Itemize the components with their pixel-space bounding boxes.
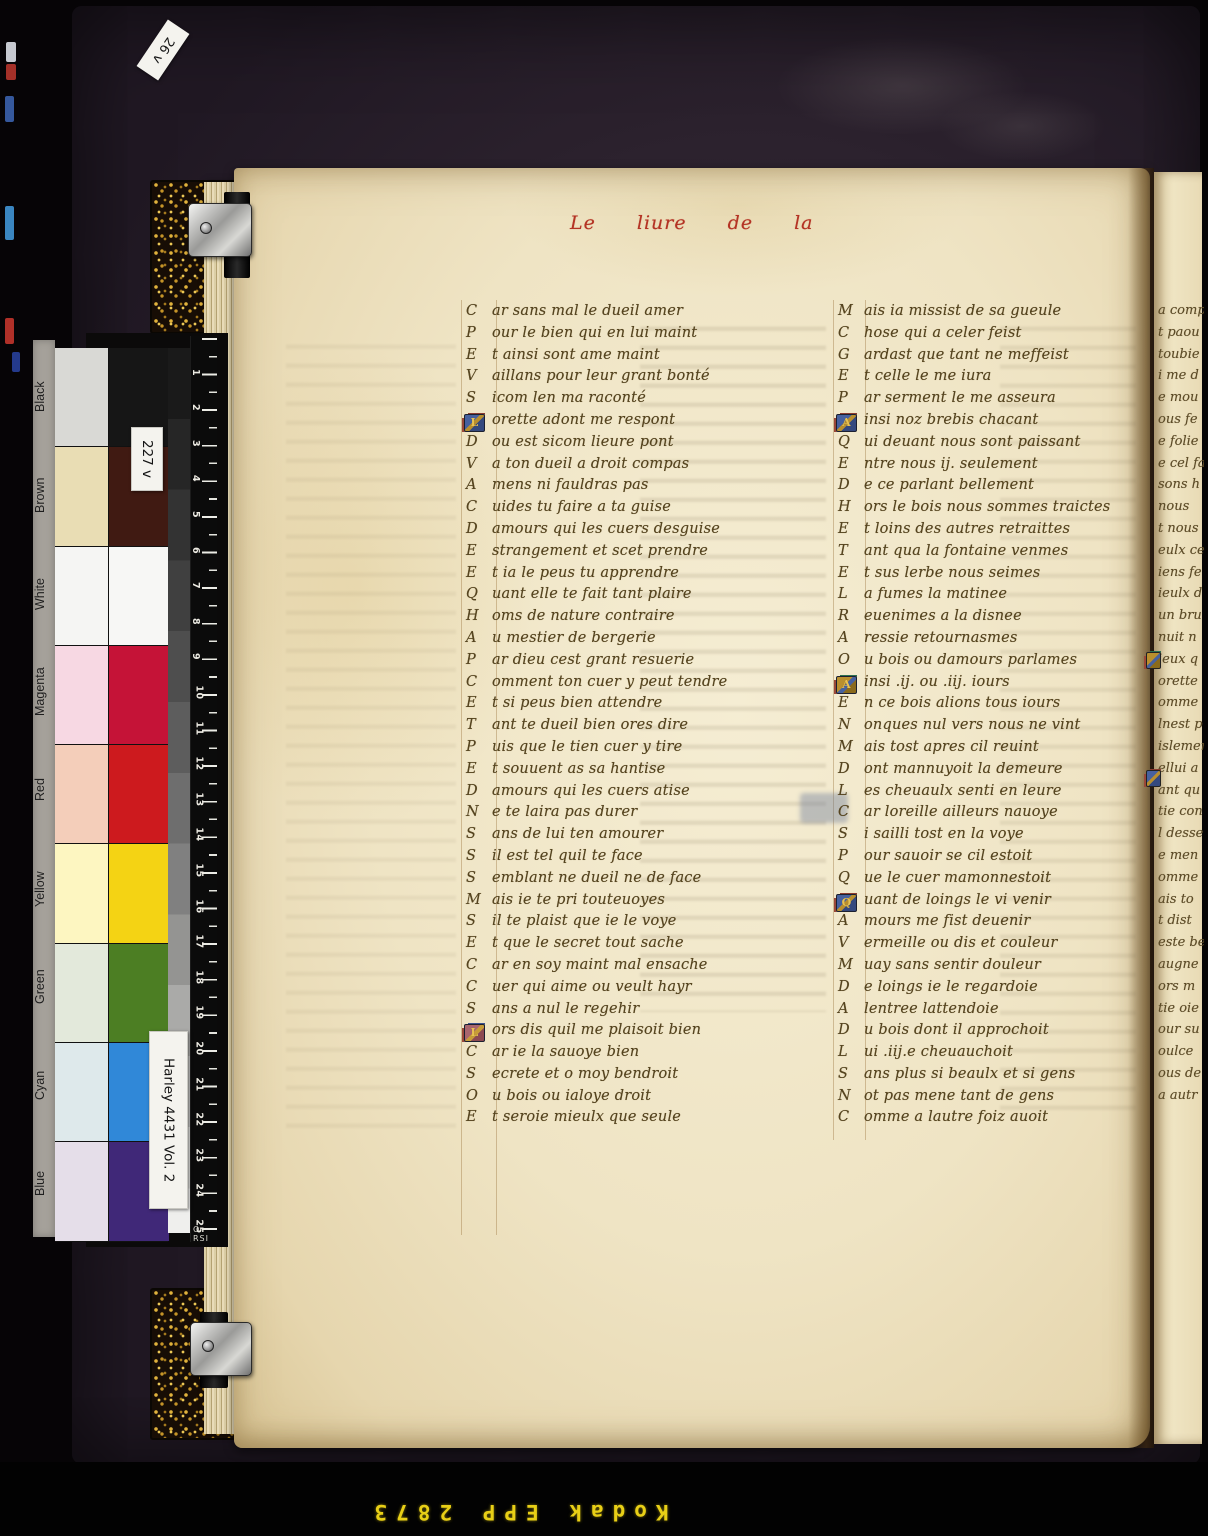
verse-initial: E — [466, 935, 492, 951]
verse-line: Amens ni fauldras pas — [466, 477, 727, 499]
color-patch-solid — [108, 844, 169, 942]
verse-text: omme a lautre foiz auoit — [864, 1109, 1048, 1125]
verse-initial: D — [466, 783, 492, 799]
calibration-label: Blue — [33, 1134, 55, 1232]
ruler-number: 23 — [194, 1148, 205, 1162]
verse-line: Par dieu cest grant resuerie — [466, 652, 727, 674]
verse-line: Car ie la sauoye bien — [466, 1044, 727, 1066]
verse-text: u bois ou ialoye droit — [492, 1088, 651, 1104]
verse-initial: D — [838, 979, 864, 995]
color-patch-solid — [108, 944, 169, 1042]
verse-line: Entre nous ij. seulement — [838, 456, 1110, 478]
ruler-number: 22 — [194, 1113, 205, 1127]
verse-line: Sil est tel quil te face — [466, 848, 727, 870]
verse-text: t celle le me iura — [864, 368, 992, 384]
verse-line: Ou bois ou ialoye droit — [466, 1088, 727, 1110]
ruler-number: 7 — [190, 582, 201, 589]
verse-text: ar serment le me asseura — [864, 390, 1056, 406]
verse-initial: S — [466, 390, 492, 406]
verse-initial: P — [838, 390, 864, 406]
verse-initial: E — [838, 368, 864, 384]
verse-initial: S — [466, 1001, 492, 1017]
shelfmark-sticker: Harley 4431 Vol. 2 — [149, 1031, 188, 1209]
verse-initial: C — [466, 303, 492, 319]
verse-initial: C — [466, 499, 492, 515]
verse-text: uer qui aime ou veult hayr — [492, 979, 692, 995]
verse-initial: Q — [838, 434, 864, 450]
page-fragment-line: islemen — [1158, 739, 1204, 761]
page-fragment-line: e men — [1158, 848, 1204, 870]
verse-text: ou est sicom lieure pont — [492, 434, 674, 450]
verse-line: Mais tost apres cil reuint — [838, 739, 1110, 761]
ruler-number: 18 — [194, 970, 205, 984]
verse-text: ors dis quil me plaisoit bien — [492, 1022, 701, 1038]
verse-text: aillans pour leur grant bonté — [492, 368, 710, 384]
page-fragment-line: ous de — [1158, 1066, 1204, 1088]
verse-initial: C — [466, 1044, 492, 1060]
verse-text: e loings ie le regardoie — [864, 979, 1038, 995]
verse-text: t sus lerbe nous seimes — [864, 565, 1040, 581]
page-fragment-line: t nous — [1158, 521, 1204, 543]
verse-text: t souuent as sa hantise — [492, 761, 665, 777]
verse-initial: S — [838, 826, 864, 842]
verse-text: i sailli tost en la voye — [864, 826, 1024, 842]
page-fragment-line: e mou — [1158, 390, 1204, 412]
verse-text: u bois ou damours parlames — [864, 652, 1077, 668]
verse-initial: N — [838, 1088, 864, 1104]
color-bar-labels: BlackBrownWhiteMagentaRedYellowGreenCyan… — [33, 340, 55, 1237]
verse-text: ors le bois nous sommes traictes — [864, 499, 1110, 515]
verse-initial: P — [466, 739, 492, 755]
rubric-heading: Le liure de la — [570, 212, 814, 234]
verse-initial: N — [466, 804, 492, 820]
verse-line: Lorette adont me respont — [466, 412, 727, 434]
verse-line: Pour sauoir se cil estoit — [838, 848, 1110, 870]
verse-initial: S — [466, 1066, 492, 1082]
verse-line: Mais ie te pri touteuoyes — [466, 892, 727, 914]
verse-initial: T — [838, 543, 864, 559]
verse-text: oms de nature contraire — [492, 608, 675, 624]
verse-line: Sans de lui ten amourer — [466, 826, 727, 848]
ruler-number: 11 — [194, 721, 205, 735]
verse-line: Sicom len ma raconté — [466, 390, 727, 412]
verse-text: u mestier de bergerie — [492, 630, 656, 646]
calibration-label: Magenta — [33, 643, 55, 741]
verse-text: our sauoir se cil estoit — [864, 848, 1032, 864]
verse-initial: E — [838, 456, 864, 472]
verse-initial: E — [838, 565, 864, 581]
verse-text: ot pas mene tant de gens — [864, 1088, 1054, 1104]
verse-text: icom len ma raconté — [492, 390, 646, 406]
verse-text: t seroie mieulx que seule — [492, 1109, 681, 1125]
verse-line: Qui deuant nous sont paissant — [838, 434, 1110, 456]
verse-text: insi noz brebis chacant — [864, 412, 1038, 428]
verse-text: amours qui les cuers atise — [492, 783, 690, 799]
verse-line: Lors dis quil me plaisoit bien — [466, 1022, 727, 1044]
verse-initial: G — [838, 347, 864, 363]
verse-text: insi .ij. ou .iij. iours — [864, 674, 1010, 690]
edge-tape-mark — [5, 318, 14, 344]
verse-line: Et si peus bien attendre — [466, 695, 727, 717]
page-fragment-line: iens fe — [1158, 565, 1204, 587]
verse-line: Ainsi .ij. ou .iij. iours — [838, 674, 1110, 696]
verse-line: Par serment le me asseura — [838, 390, 1110, 412]
verse-initial: C — [466, 674, 492, 690]
verse-initial: E — [838, 521, 864, 537]
ruler-number: 9 — [190, 653, 201, 660]
edge-tape-mark — [6, 64, 16, 80]
illuminated-initial: A — [836, 414, 857, 432]
verse-initial: E — [466, 543, 492, 559]
page-fragment-line: un bru — [1158, 608, 1204, 630]
page-fragment-line: nuit n — [1158, 630, 1204, 652]
calibration-label: Brown — [33, 446, 55, 544]
verse-line: Et celle le me iura — [838, 368, 1110, 390]
illuminated-initial: L — [464, 414, 485, 432]
verse-text: a fumes la matinee — [864, 586, 1007, 602]
verse-line: Sil te plaist que ie le voye — [466, 913, 727, 935]
verse-text: ecrete et o moy bendroit — [492, 1066, 678, 1082]
verse-initial: R — [838, 608, 864, 624]
verse-text: u bois dont il approchoit — [864, 1022, 1049, 1038]
illuminated-initial: A — [836, 676, 857, 694]
folio-sticker-text: 227 v — [139, 440, 155, 478]
verse-initial: Q — [838, 870, 864, 886]
verse-line: Si sailli tost en la voye — [838, 826, 1110, 848]
color-patch-tint — [55, 944, 108, 1042]
ruler-number: 19 — [194, 1006, 205, 1020]
color-row-magenta — [55, 646, 168, 745]
verse-line: Sans plus si beaulx et si gens — [838, 1066, 1110, 1088]
verse-line: Et loins des autres retraittes — [838, 521, 1110, 543]
verse-initial: V — [838, 935, 864, 951]
verse-line: Not pas mene tant de gens — [838, 1088, 1110, 1110]
verse-line: Homs de nature contraire — [466, 608, 727, 630]
verse-text: ar ie la sauoye bien — [492, 1044, 639, 1060]
verse-text: ar en soy maint mal ensache — [492, 957, 708, 973]
verse-line: Car sans mal le dueil amer — [466, 303, 727, 325]
ruler-number: 3 — [190, 440, 201, 447]
shelfmark-sticker-text: Harley 4431 Vol. 2 — [161, 1058, 177, 1182]
page-fragment-line: omme — [1158, 870, 1204, 892]
verse-text: uay sans sentir douleur — [864, 957, 1041, 973]
verse-line: Amours me fist deuenir — [838, 913, 1110, 935]
edge-tape-mark — [5, 206, 14, 240]
page-fragment-line: ellui a — [1158, 761, 1204, 783]
verse-initial: E — [838, 695, 864, 711]
color-patch-solid — [108, 745, 169, 843]
verse-initial: M — [466, 892, 492, 908]
verse-initial: P — [466, 325, 492, 341]
verse-initial: A — [466, 477, 492, 493]
ruler-number: 2 — [190, 404, 201, 411]
page-fragment-line: omme — [1158, 695, 1204, 717]
page-fragment-line: e cel fai — [1158, 456, 1204, 478]
verse-line: Gardast que tant ne meffeist — [838, 347, 1110, 369]
verse-line: Car en soy maint mal ensache — [466, 957, 727, 979]
page-fragment-line: sons h — [1158, 477, 1204, 499]
verse-initial: D — [466, 521, 492, 537]
verse-text: es cheuaulx senti en leure — [864, 783, 1062, 799]
film-bottom-edge: Kodak EPP 2873 — [0, 1462, 1208, 1536]
page-clip-top — [188, 203, 252, 257]
verse-initial: V — [466, 456, 492, 472]
verse-line: Semblant ne dueil ne de face — [466, 870, 727, 892]
color-patch-tint — [55, 844, 108, 942]
verse-line: Du bois dont il approchoit — [838, 1022, 1110, 1044]
verse-line: Ne te laira pas durer — [466, 804, 727, 826]
page-fragment-line: nous — [1158, 499, 1204, 521]
verse-text: e te laira pas durer — [492, 804, 637, 820]
photograph-frame: Le liure de la Car sans mal le dueil ame… — [0, 0, 1208, 1536]
verse-text: ui .iij.e cheuauchoit — [864, 1044, 1013, 1060]
verse-line: Secrete et o moy bendroit — [466, 1066, 727, 1088]
verse-text: ais ia missist de sa gueule — [864, 303, 1061, 319]
verse-text: ardast que tant ne meffeist — [864, 347, 1069, 363]
color-row-green — [55, 944, 168, 1043]
verse-line: Damours qui les cuers atise — [466, 783, 727, 805]
folio-sticker: 227 v — [131, 427, 163, 491]
verse-line: Quant elle te fait tant plaire — [466, 586, 727, 608]
verse-initial: D — [838, 1022, 864, 1038]
verse-initial: M — [838, 739, 864, 755]
verse-text: e ce parlant bellement — [864, 477, 1034, 493]
verse-line: Quant de loings le vi venir — [838, 892, 1110, 914]
verse-line: Hors le bois nous sommes traictes — [838, 499, 1110, 521]
verse-initial: H — [466, 608, 492, 624]
page-fragment-line: oulce — [1158, 1044, 1204, 1066]
page-fragment-line: t dist — [1158, 913, 1204, 935]
verse-text: ans a nul le regehir — [492, 1001, 639, 1017]
verse-initial: P — [838, 848, 864, 864]
color-patch-tint — [55, 447, 108, 545]
verse-line: Cuides tu faire a ta guise — [466, 499, 727, 521]
verse-initial: S — [838, 1066, 864, 1082]
color-row-yellow — [55, 844, 168, 943]
illuminated-initial — [1146, 770, 1161, 787]
color-patch-tint — [55, 646, 108, 744]
verse-initial: D — [838, 477, 864, 493]
page-fragment-line: toubie — [1158, 347, 1204, 369]
verse-initial: L — [838, 783, 864, 799]
illuminated-initial — [1146, 652, 1161, 669]
ruler-number: 25 — [194, 1219, 205, 1233]
verse-text: ntre nous ij. seulement — [864, 456, 1038, 472]
color-patch-tint — [55, 1043, 108, 1141]
verse-line: Dont mannuyoit la demeure — [838, 761, 1110, 783]
page-fragment-line: t paou — [1158, 325, 1204, 347]
verse-text: onques nul vers nous ne vint — [864, 717, 1081, 733]
verse-text: n ce bois alions tous iours — [864, 695, 1060, 711]
verse-line: Mais ia missist de sa gueule — [838, 303, 1110, 325]
ruler-number: 12 — [194, 757, 205, 771]
verse-line: Sans a nul le regehir — [466, 1001, 727, 1023]
verse-initial: C — [466, 957, 492, 973]
page-fragment-line: our su — [1158, 1022, 1204, 1044]
ruler-number: 6 — [190, 547, 201, 554]
calibration-label: Green — [33, 938, 55, 1036]
ruler: O RSI 1234567891011121314151617181920212… — [190, 336, 217, 1242]
verse-initial: E — [466, 565, 492, 581]
verse-text: uides tu faire a ta guise — [492, 499, 671, 515]
verse-line: Comme a lautre foiz auoit — [838, 1109, 1110, 1131]
calibration-label: Black — [33, 348, 55, 446]
verse-line: Vaillans pour leur grant bonté — [466, 368, 727, 390]
verse-line: Et que le secret tout sache — [466, 935, 727, 957]
ruler-number: 10 — [194, 685, 205, 699]
verse-initial: A — [466, 630, 492, 646]
page-fragment-line: ieulx d — [1158, 586, 1204, 608]
verse-text: hose qui a celer feist — [864, 325, 1022, 341]
verse-line: Nonques nul vers nous ne vint — [838, 717, 1110, 739]
verse-text: uant elle te fait tant plaire — [492, 586, 692, 602]
ruler-number: 17 — [194, 935, 205, 949]
verse-initial: S — [466, 870, 492, 886]
page-fragment-line: ors m — [1158, 979, 1204, 1001]
verse-initial: E — [466, 1109, 492, 1125]
ruler-number: 13 — [194, 792, 205, 806]
verse-initial: V — [466, 368, 492, 384]
verse-line: Et souuent as sa hantise — [466, 761, 727, 783]
verse-text: t si peus bien attendre — [492, 695, 662, 711]
page-fragment-line: ous fe — [1158, 412, 1204, 434]
verse-line: Puis que le tien cuer y tire — [466, 739, 727, 761]
ruler-number: 5 — [190, 511, 201, 518]
verse-initial: S — [466, 913, 492, 929]
verse-line: Ou bois ou damours parlames — [838, 652, 1110, 674]
color-patch-tint — [55, 348, 108, 446]
verse-line: De loings ie le regardoie — [838, 979, 1110, 1001]
verse-line: Et ainsi sont ame maint — [466, 347, 727, 369]
color-patch-solid — [108, 646, 169, 744]
verse-line: Et ia le peus tu apprendre — [466, 565, 727, 587]
verse-text: ant qua la fontaine venmes — [864, 543, 1068, 559]
page-fragment-line: a autr — [1158, 1088, 1204, 1110]
verse-initial: C — [838, 325, 864, 341]
verse-text: ue le cuer mamonnestoit — [864, 870, 1051, 886]
ink-bleed-through — [286, 330, 456, 1130]
verse-initial: M — [838, 957, 864, 973]
color-patch-tint — [55, 745, 108, 843]
verse-line: Car loreille ailleurs nauoye — [838, 804, 1110, 826]
verse-line: Tant qua la fontaine venmes — [838, 543, 1110, 565]
verse-line: Cuer qui aime ou veult hayr — [466, 979, 727, 1001]
verse-text: mens ni fauldras pas — [492, 477, 649, 493]
verse-text: il te plaist que ie le voye — [492, 913, 677, 929]
verse-text: omment ton cuer y peut tendre — [492, 674, 727, 690]
verse-line: Reuenimes a la disnee — [838, 608, 1110, 630]
calibration-label: Red — [33, 741, 55, 839]
verse-text: ui deuant nous sont paissant — [864, 434, 1080, 450]
verse-line: En ce bois alions tous iours — [838, 695, 1110, 717]
verse-text: t loins des autres retraittes — [864, 521, 1070, 537]
verse-text: t ia le peus tu apprendre — [492, 565, 679, 581]
color-row-white — [55, 547, 168, 646]
verse-text: ais tost apres cil reuint — [864, 739, 1039, 755]
verse-initial: C — [838, 1109, 864, 1125]
verse-initial: E — [466, 761, 492, 777]
verse-initial: C — [838, 804, 864, 820]
verse-initial: D — [466, 434, 492, 450]
color-patch-tint — [55, 1142, 108, 1240]
illuminated-initial: Q — [836, 894, 857, 912]
verse-line: Et seroie mieulx que seule — [466, 1109, 727, 1131]
verse-text: a ton dueil a droit compas — [492, 456, 689, 472]
ruler-number: 21 — [194, 1077, 205, 1091]
page-fragment-line: eulx ce — [1158, 543, 1204, 565]
verse-line: Tant te dueil bien ores dire — [466, 717, 727, 739]
verse-line: Vermeille ou dis et couleur — [838, 935, 1110, 957]
edge-tape-mark — [5, 96, 14, 122]
page-fragment-line: tie con — [1158, 804, 1204, 826]
verse-initial: E — [466, 347, 492, 363]
verse-line: Les cheuaulx senti en leure — [838, 783, 1110, 805]
page-fragment-line: ieux q — [1158, 652, 1204, 674]
page-fragment-line: augne — [1158, 957, 1204, 979]
verse-initial: S — [466, 826, 492, 842]
verse-line: Alentree lattendoie — [838, 1001, 1110, 1023]
ruling-line — [461, 300, 462, 1235]
verse-text: ar sans mal le dueil amer — [492, 303, 683, 319]
page-fragment-line: ant qu — [1158, 783, 1204, 805]
edge-tape-mark — [12, 352, 20, 372]
verse-text: uant de loings le vi venir — [864, 892, 1051, 908]
film-edge-text: Kodak EPP 2873 — [352, 1500, 682, 1524]
page-fragment-line: este be — [1158, 935, 1204, 957]
facing-page-text-fragments: a compt paoutoubiei me de mouous fee fol… — [1158, 303, 1204, 1109]
verse-text: ermeille ou dis et couleur — [864, 935, 1058, 951]
page-fragment-line: ais to — [1158, 892, 1204, 914]
verse-text: ar dieu cest grant resuerie — [492, 652, 694, 668]
verse-initial: H — [838, 499, 864, 515]
verse-initial: L — [838, 586, 864, 602]
verse-initial: A — [838, 630, 864, 646]
verse-text: strangement et scet prendre — [492, 543, 708, 559]
page-fragment-line: orette — [1158, 674, 1204, 696]
text-column-right: Mais ia missist de sa gueuleChose qui a … — [838, 303, 1110, 1131]
page-fragment-line: e folie — [1158, 434, 1204, 456]
ruler-number: 1 — [190, 369, 201, 376]
verse-line: Estrangement et scet prendre — [466, 543, 727, 565]
verse-text: orette adont me respont — [492, 412, 675, 428]
text-column-left: Car sans mal le dueil amerPour le bien q… — [466, 303, 727, 1131]
calibration-label: Cyan — [33, 1036, 55, 1134]
color-patch-solid — [108, 547, 169, 645]
calibration-label: Yellow — [33, 840, 55, 938]
verse-line: Que le cuer mamonnestoit — [838, 870, 1110, 892]
ruler-number: 15 — [194, 863, 205, 877]
page-fragment-line: a comp — [1158, 303, 1204, 325]
verse-line: Et sus lerbe nous seimes — [838, 565, 1110, 587]
verse-text: t que le secret tout sache — [492, 935, 684, 951]
verse-line: Damours qui les cuers desguise — [466, 521, 727, 543]
verse-text: amours qui les cuers desguise — [492, 521, 720, 537]
verse-initial: A — [838, 1001, 864, 1017]
verse-initial: T — [466, 717, 492, 733]
verse-text: emblant ne dueil ne de face — [492, 870, 701, 886]
verse-text: t ainsi sont ame maint — [492, 347, 660, 363]
verse-text: lentree lattendoie — [864, 1001, 999, 1017]
color-patch-tint — [55, 547, 108, 645]
ruler-number: 4 — [190, 475, 201, 482]
page-clip-top-screw — [200, 222, 212, 234]
verse-line: Chose qui a celer feist — [838, 325, 1110, 347]
verse-line: Va ton dueil a droit compas — [466, 456, 727, 478]
ruler-number: 24 — [194, 1184, 205, 1198]
verse-line: Dou est sicom lieure pont — [466, 434, 727, 456]
calibration-label: White — [33, 545, 55, 643]
color-row-red — [55, 745, 168, 844]
